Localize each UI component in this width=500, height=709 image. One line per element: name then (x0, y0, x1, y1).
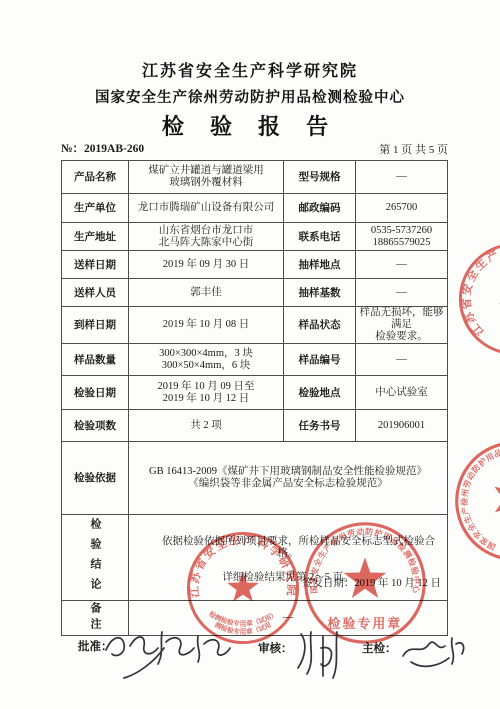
field-label: 送样日期 (62, 251, 129, 279)
field-value: 0535-573726018865579025 (356, 223, 448, 251)
field-label: 型号规格 (284, 161, 356, 194)
field-label: 联系电话 (284, 223, 356, 251)
field-label: 送样人员 (62, 279, 129, 307)
inspection-basis: GB 16413-2009《煤矿井下用玻璃钢制品安全性能检验规范》 《编织袋等非… (129, 442, 448, 515)
field-label: 样品状态 (284, 307, 356, 344)
field-label: 抽样地点 (284, 251, 356, 279)
field-value: 2019 年 10 月 08 日 (129, 307, 284, 344)
field-value: 中心试验室 (356, 376, 448, 410)
field-value: 郭丰佳 (129, 279, 284, 307)
star-icon (344, 557, 387, 598)
review-label: 审核： (258, 640, 293, 656)
field-value: 2019 年 09 月 30 日 (129, 251, 284, 279)
table-row: 送样人员 郭丰佳 抽样基数 — (62, 279, 448, 307)
field-label: 样品编号 (284, 344, 356, 376)
table-row: 到样日期 2019 年 10 月 08 日 样品状态 样品无损坏，能够满足检验要… (62, 307, 448, 344)
star-icon (492, 276, 500, 319)
field-value: 山东省烟台市龙口市北马阵大陈家中心街 (129, 223, 284, 251)
field-label: 任务书号 (284, 410, 356, 442)
center-name: 国家安全生产徐州劳动防护用品检测检验中心 (0, 86, 500, 107)
table-row: 样品数量 300×300×4mm，3 块300×50×4mm，6 块 样品编号 … (62, 344, 448, 376)
table-row: 产品名称 煤矿立井罐道与罐道梁用玻璃钢外覆材料 型号规格 — (62, 161, 448, 194)
field-value: 2019 年 10 月 09 日至2019 年 10 月 12 日 (129, 376, 284, 410)
field-label: 生产地址 (62, 223, 129, 251)
report-number: №：2019AB-260 (61, 140, 144, 156)
field-value: 201906001 (356, 410, 448, 442)
field-value: — (356, 251, 448, 279)
field-value: 样品无损坏，能够满足检验要求。 (356, 307, 448, 344)
field-label: 检验依据 (62, 442, 129, 515)
field-value: — (356, 161, 448, 194)
table-row: 检验项数 共 2 项 任务书号 201906001 (62, 410, 448, 442)
field-label: 检验日期 (62, 376, 129, 410)
star-icon (482, 469, 500, 526)
field-label: 检验地点 (284, 376, 356, 410)
field-label: 邮政编码 (284, 194, 356, 223)
field-value: — (356, 344, 448, 376)
review-signature (293, 628, 345, 680)
field-label: 检验结论 (62, 515, 129, 601)
table-row: 生产地址 山东省烟台市龙口市北马阵大陈家中心街 联系电话 0535-573726… (62, 223, 448, 251)
table-row: 生产单位 龙口市腾瑞矿山设备有限公司 邮政编码 265700 (62, 194, 448, 223)
institute-name: 江苏省安全生产科学研究院 (0, 58, 500, 81)
field-value: 300×300×4mm，3 块300×50×4mm，6 块 (129, 344, 284, 376)
field-label: 样品数量 (62, 344, 129, 376)
approve-signature (100, 622, 235, 680)
field-label: 抽样基数 (284, 279, 356, 307)
chief-label: 主检： (362, 640, 397, 656)
page-info: 第 1 页 共 5 页 (379, 141, 448, 157)
field-label: 产品名称 (62, 161, 129, 194)
report-title: 检 验 报 告 (0, 110, 500, 141)
table-row: 检验日期 2019 年 10 月 09 日至2019 年 10 月 12 日 检… (62, 376, 448, 410)
field-value: 龙口市腾瑞矿山设备有限公司 (129, 194, 284, 223)
star-icon (227, 571, 259, 601)
field-value: 265700 (356, 194, 448, 223)
field-label: 生产单位 (62, 194, 129, 223)
table-row-basis: 检验依据 GB 16413-2009《煤矿井下用玻璃钢制品安全性能检验规范》 《… (62, 442, 448, 515)
report-page: 江苏省安全生产科学研究院 国家安全生产徐州劳动防护用品检测检验中心 检 验 报 … (0, 0, 500, 709)
field-value: 共 2 项 (129, 410, 284, 442)
table-row: 送样日期 2019 年 09 月 30 日 抽样地点 — (62, 251, 448, 279)
field-value: 煤矿立井罐道与罐道梁用玻璃钢外覆材料 (129, 161, 284, 194)
field-label: 检验项数 (62, 410, 129, 442)
chief-signature (398, 630, 468, 670)
field-label: 到样日期 (62, 307, 129, 344)
